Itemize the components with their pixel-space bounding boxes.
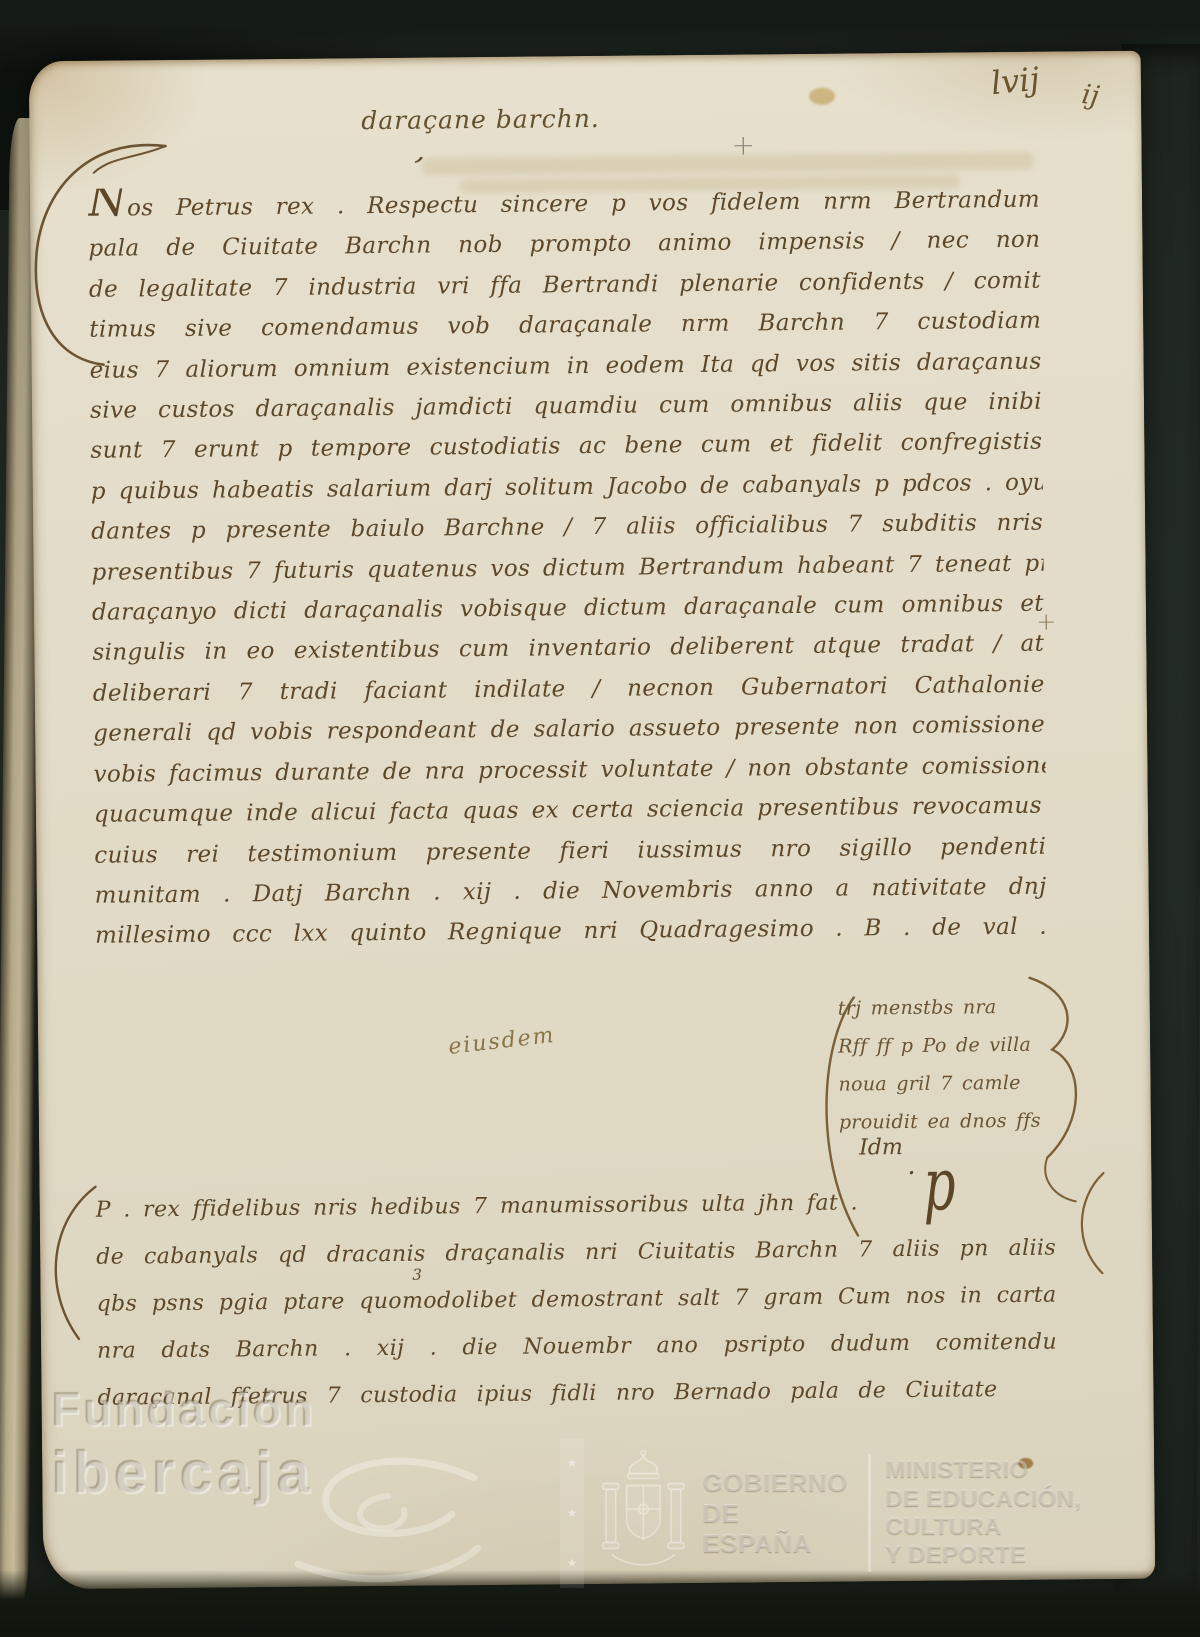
- margin-signature: Idm: [859, 1135, 903, 1160]
- stain-top-amber: [809, 88, 835, 105]
- government-label-line2: DE ESPAÑA: [702, 1498, 854, 1559]
- ministry-label-line1: MINISTERIO: [885, 1456, 1200, 1484]
- manuscript-page: lvij daraçane barchn. , + + Nos Petrus r…: [29, 51, 1156, 1590]
- margin-note-block: trj menstbs nra Rff ff p Po de villa nou…: [838, 988, 1049, 1142]
- margin-note-line: noua gril 7 camle: [838, 1064, 1048, 1104]
- ministry-label: MINISTERIO DE EDUCACIÓN, CULTURA Y DEPOR…: [885, 1456, 1200, 1569]
- ministry-label-line2: DE EDUCACIÓN, CULTURA: [885, 1485, 1200, 1542]
- watermark-ibercaja: Fundación ibercaja: [52, 1382, 317, 1507]
- center-note: eiusdem: [447, 1023, 557, 1060]
- ibercaja-emblem-icon: [292, 1452, 482, 1592]
- main-text-block: Nos Petrus rex . Respectu sincere p vos …: [88, 180, 1047, 957]
- second-right-flourish: [1067, 1169, 1112, 1279]
- watermark-government: ★ ★ ★ GOBIERNO D: [560, 1438, 1200, 1588]
- ibercaja-watermark-line2: ibercaja: [52, 1439, 317, 1507]
- bleedthrough-band: [422, 152, 1034, 176]
- ministry-label-line3: Y DEPORTE: [885, 1541, 1200, 1569]
- government-label-line1: GOBIERNO: [702, 1467, 854, 1498]
- watermark-divider: [868, 1454, 871, 1572]
- government-label: GOBIERNO DE ESPAÑA: [702, 1467, 854, 1559]
- manuscript-scan-viewport: lvij daraçane barchn. , + + Nos Petrus r…: [0, 0, 1200, 1637]
- main-text-line: millesimo ccc lxx quinto Regnique nri Qu…: [95, 907, 1047, 957]
- faint-cross-mark: +: [731, 128, 755, 161]
- star-icon: ★: [566, 1556, 577, 1570]
- second-text-line: P . rex ffidelibus nris hedibus 7 manumi…: [95, 1179, 855, 1233]
- folio-number: lvij: [989, 60, 1041, 103]
- star-icon: ★: [566, 1456, 577, 1470]
- spain-coat-of-arms-icon: [598, 1447, 689, 1579]
- section-heading: daraçane barchn.: [361, 104, 600, 135]
- star-strip: ★ ★ ★: [560, 1438, 584, 1588]
- star-icon: ★: [566, 1506, 577, 1520]
- margin-signature-dot: .: [907, 1151, 916, 1181]
- margin-note-line: Rff ff p Po de villa: [838, 1026, 1048, 1066]
- margin-note-line: trj menstbs nra: [838, 988, 1048, 1028]
- ibercaja-watermark-line1: Fundación: [52, 1382, 317, 1437]
